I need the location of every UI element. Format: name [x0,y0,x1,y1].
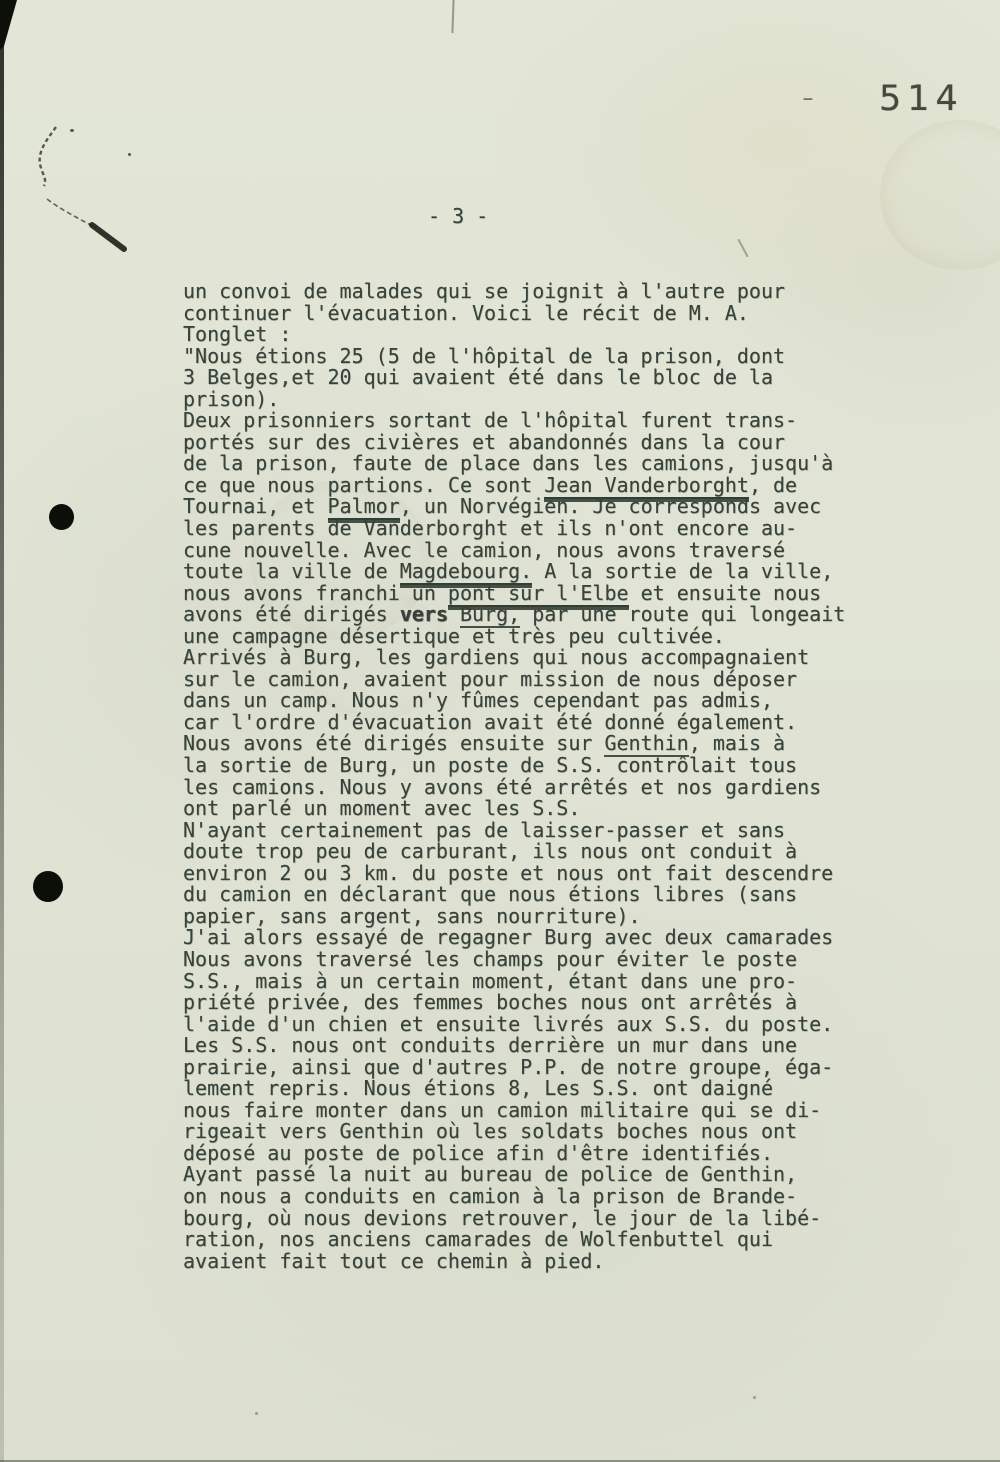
typed-line: N'ayant certainement pas de laisser-pass… [183,820,883,842]
typed-line: avaient fait tout ce chemin à pied. [183,1251,883,1273]
typed-line: cune nouvelle. Avec le camion, nous avon… [183,540,883,562]
typed-segment: , de [749,473,797,497]
typed-line: ce que nous partions. Ce sont Jean Vande… [183,475,883,497]
typed-line: portés sur des civières et abandonnés da… [183,432,883,454]
typed-segment: un convoi de malades qui se joignit à l'… [183,279,785,303]
typed-line: S.S., mais à un certain moment, étant da… [183,971,883,993]
typed-segment: dans un camp. Nous n'y fûmes cependant p… [183,688,773,712]
typed-line: Nous avons traversé les champs pour évit… [183,949,883,971]
typed-segment: Arrivés à Burg, les gardiens qui nous ac… [183,645,809,669]
typed-line: ration, nos anciens camarades de Wolfenb… [183,1229,883,1251]
typed-line: déposé au poste de police afin d'être id… [183,1143,883,1165]
typed-segment: , mais à [689,731,785,755]
typed-segment: nous faire monter dans un camion militai… [183,1098,821,1122]
typed-segment: Deux prisonniers sortant de l'hôpital fu… [183,408,797,432]
typed-segment: prairie, ainsi que d'autres P.P. de notr… [183,1055,833,1079]
typed-line: Nous avons été dirigés ensuite sur Genth… [183,733,883,755]
typed-line: priété privée, des femmes boches nous on… [183,992,883,1014]
typed-line: Ayant passé la nuit au bureau de police … [183,1164,883,1186]
typed-segment: papier, sans argent, sans nourriture). [183,904,641,928]
typed-line: l'aide d'un chien et ensuite livrés aux … [183,1014,883,1036]
typed-segment: A la sortie de la ville, [532,559,833,583]
typed-segment: N'ayant certainement pas de laisser-pass… [183,818,785,842]
typed-segment: "Nous étions 25 (5 de l'hôpital de la pr… [183,344,785,368]
typed-segment: Nous avons été dirigés ensuite sur [183,731,604,755]
stamp-dash: - [802,86,814,111]
typed-segment: avons été dirigés [183,602,400,626]
punch-hole [49,504,74,530]
typed-segment: toute la ville de [183,559,400,583]
typed-segment: les parents de Vanderborght et ils n'ont… [183,516,797,540]
typed-line: rigeait vers Genthin où les soldats boch… [183,1121,883,1143]
typed-line: J'ai alors essayé de regagner Burg avec … [183,927,883,949]
typed-line: continuer l'évacuation. Voici le récit d… [183,303,883,325]
typed-segment: sur le camion, avaient pour mission de n… [183,667,797,691]
paper-crease [737,239,748,258]
typed-line: nous faire monter dans un camion militai… [183,1100,883,1122]
typed-segment: l'aide d'un chien et ensuite livrés aux … [183,1012,833,1036]
typed-line: bourg, où nous devions retrouver, le jou… [183,1208,883,1230]
typed-segment-emphasis: Palmor [328,494,400,518]
ink-speck [128,153,131,156]
typed-line: prairie, ainsi que d'autres P.P. de notr… [183,1057,883,1079]
scan-corner-shadow [0,0,18,50]
typed-line: "Nous étions 25 (5 de l'hôpital de la pr… [183,346,883,368]
typed-segment: Ayant passé la nuit au bureau de police … [183,1162,797,1186]
typed-segment: Tournai, et [183,494,328,518]
typed-line: une campagne désertique et très peu cult… [183,626,883,648]
typed-segment: du camion en déclarant que nous étions l… [183,882,797,906]
typed-segment: priété privée, des femmes boches nous on… [183,990,797,1014]
typed-segment: Nous avons traversé les champs pour évit… [183,947,797,971]
typed-line: sur le camion, avaient pour mission de n… [183,669,883,691]
typed-line: Deux prisonniers sortant de l'hôpital fu… [183,410,883,432]
typed-line: 3 Belges,et 20 qui avaient été dans le b… [183,367,883,389]
typed-segment: doute trop peu de carburant, ils nous on… [183,839,797,863]
typed-segment: la sortie de Burg, un poste de S.S. cont… [183,753,797,777]
typed-line: Arrivés à Burg, les gardiens qui nous ac… [183,647,883,669]
typed-segment-emphasis: pont sur l'Elbe [448,581,629,605]
typed-segment: rigeait vers Genthin où les soldats boch… [183,1119,797,1143]
scan-edge-left [0,0,4,1462]
typed-segment-emphasis: Burg, [460,602,520,626]
page-stamp-number: 514 [879,79,964,119]
typed-segment: de la prison, faute de place dans les ca… [183,451,833,475]
paper-crease [451,0,454,33]
typed-segment-emphasis: Magdebourg. [400,559,532,583]
typed-segment: J'ai alors essayé de regagner Burg avec … [183,925,833,949]
typed-segment-emphasis: Genthin [604,731,688,755]
typed-text-block: un convoi de malades qui se joignit à l'… [183,281,883,1272]
typed-line: Les S.S. nous ont conduits derrière un m… [183,1035,883,1057]
typed-segment: ont parlé un moment avec les S.S. [183,796,580,820]
typed-line: toute la ville de Magdebourg. A la sorti… [183,561,883,583]
page-number: - 3 - [428,204,488,228]
typed-segment: , un Norvégien. Je corresponds avec [400,494,821,518]
typed-line: un convoi de malades qui se joignit à l'… [183,281,883,303]
paper-stain [880,120,1000,270]
typed-segment: avaient fait tout ce chemin à pied. [183,1249,604,1273]
typed-line: de la prison, faute de place dans les ca… [183,453,883,475]
typed-segment: les camions. Nous y avons été arrêtés et… [183,775,821,799]
typed-line: car l'ordre d'évacuation avait été donné… [183,712,883,734]
typed-line: nous avons franchi un pont sur l'Elbe et… [183,583,883,605]
typed-segment: environ 2 ou 3 km. du poste et nous ont … [183,861,833,885]
typed-segment-emphasis: Jean Vanderborght [544,473,749,497]
typed-line: prison). [183,389,883,411]
typed-line: la sortie de Burg, un poste de S.S. cont… [183,755,883,777]
typed-segment: déposé au poste de police afin d'être id… [183,1141,773,1165]
typed-line: papier, sans argent, sans nourriture). [183,906,883,928]
typed-segment: Les S.S. nous ont conduits derrière un m… [183,1033,797,1057]
typed-line: Tournai, et Palmor, un Norvégien. Je cor… [183,496,883,518]
typed-segment: car l'ordre d'évacuation avait été donné… [183,710,797,734]
ink-speck [70,129,74,132]
typed-line: on nous a conduits en camion à la prison… [183,1186,883,1208]
typed-segment: prison). [183,387,279,411]
typed-line: doute trop peu de carburant, ils nous on… [183,841,883,863]
typed-segment: et ensuite nous [629,581,822,605]
typed-line: les parents de Vanderborght et ils n'ont… [183,518,883,540]
typed-segment: par une route qui longeait [520,602,845,626]
typed-line: avons été dirigés vers Burg, par une rou… [183,604,883,626]
typed-line: lement repris. Nous étions 8, Les S.S. o… [183,1078,883,1100]
typed-segment: nous avons franchi un [183,581,448,605]
typed-segment: lement repris. Nous étions 8, Les S.S. o… [183,1076,773,1100]
typed-line: du camion en déclarant que nous étions l… [183,884,883,906]
typed-segment: portés sur des civières et abandonnés da… [183,430,785,454]
typed-segment: une campagne désertique et très peu cult… [183,624,725,648]
typed-segment-emphasis: vers [400,602,448,626]
handwritten-pencil-mark [20,113,150,263]
typed-segment [448,602,460,626]
typed-line: environ 2 ou 3 km. du poste et nous ont … [183,863,883,885]
typed-segment: continuer l'évacuation. Voici le récit d… [183,301,749,325]
typed-segment: ce que nous partions. Ce sont [183,473,544,497]
typed-segment: bourg, où nous devions retrouver, le jou… [183,1206,821,1230]
typed-segment: cune nouvelle. Avec le camion, nous avon… [183,538,785,562]
typed-line: Tonglet : [183,324,883,346]
typed-segment: S.S., mais à un certain moment, étant da… [183,969,797,993]
ink-speck [753,1396,756,1399]
typed-segment: 3 Belges,et 20 qui avaient été dans le b… [183,365,773,389]
typed-segment: Tonglet : [183,322,291,346]
typed-line: ont parlé un moment avec les S.S. [183,798,883,820]
typed-segment: on nous a conduits en camion à la prison… [183,1184,797,1208]
typed-line: dans un camp. Nous n'y fûmes cependant p… [183,690,883,712]
ink-speck [255,1412,258,1415]
typed-segment: ration, nos anciens camarades de Wolfenb… [183,1227,773,1251]
typed-line: les camions. Nous y avons été arrêtés et… [183,777,883,799]
punch-hole [33,871,63,902]
scanned-document-page: - 514 - 3 - un convoi de malades qui se … [0,0,1000,1462]
